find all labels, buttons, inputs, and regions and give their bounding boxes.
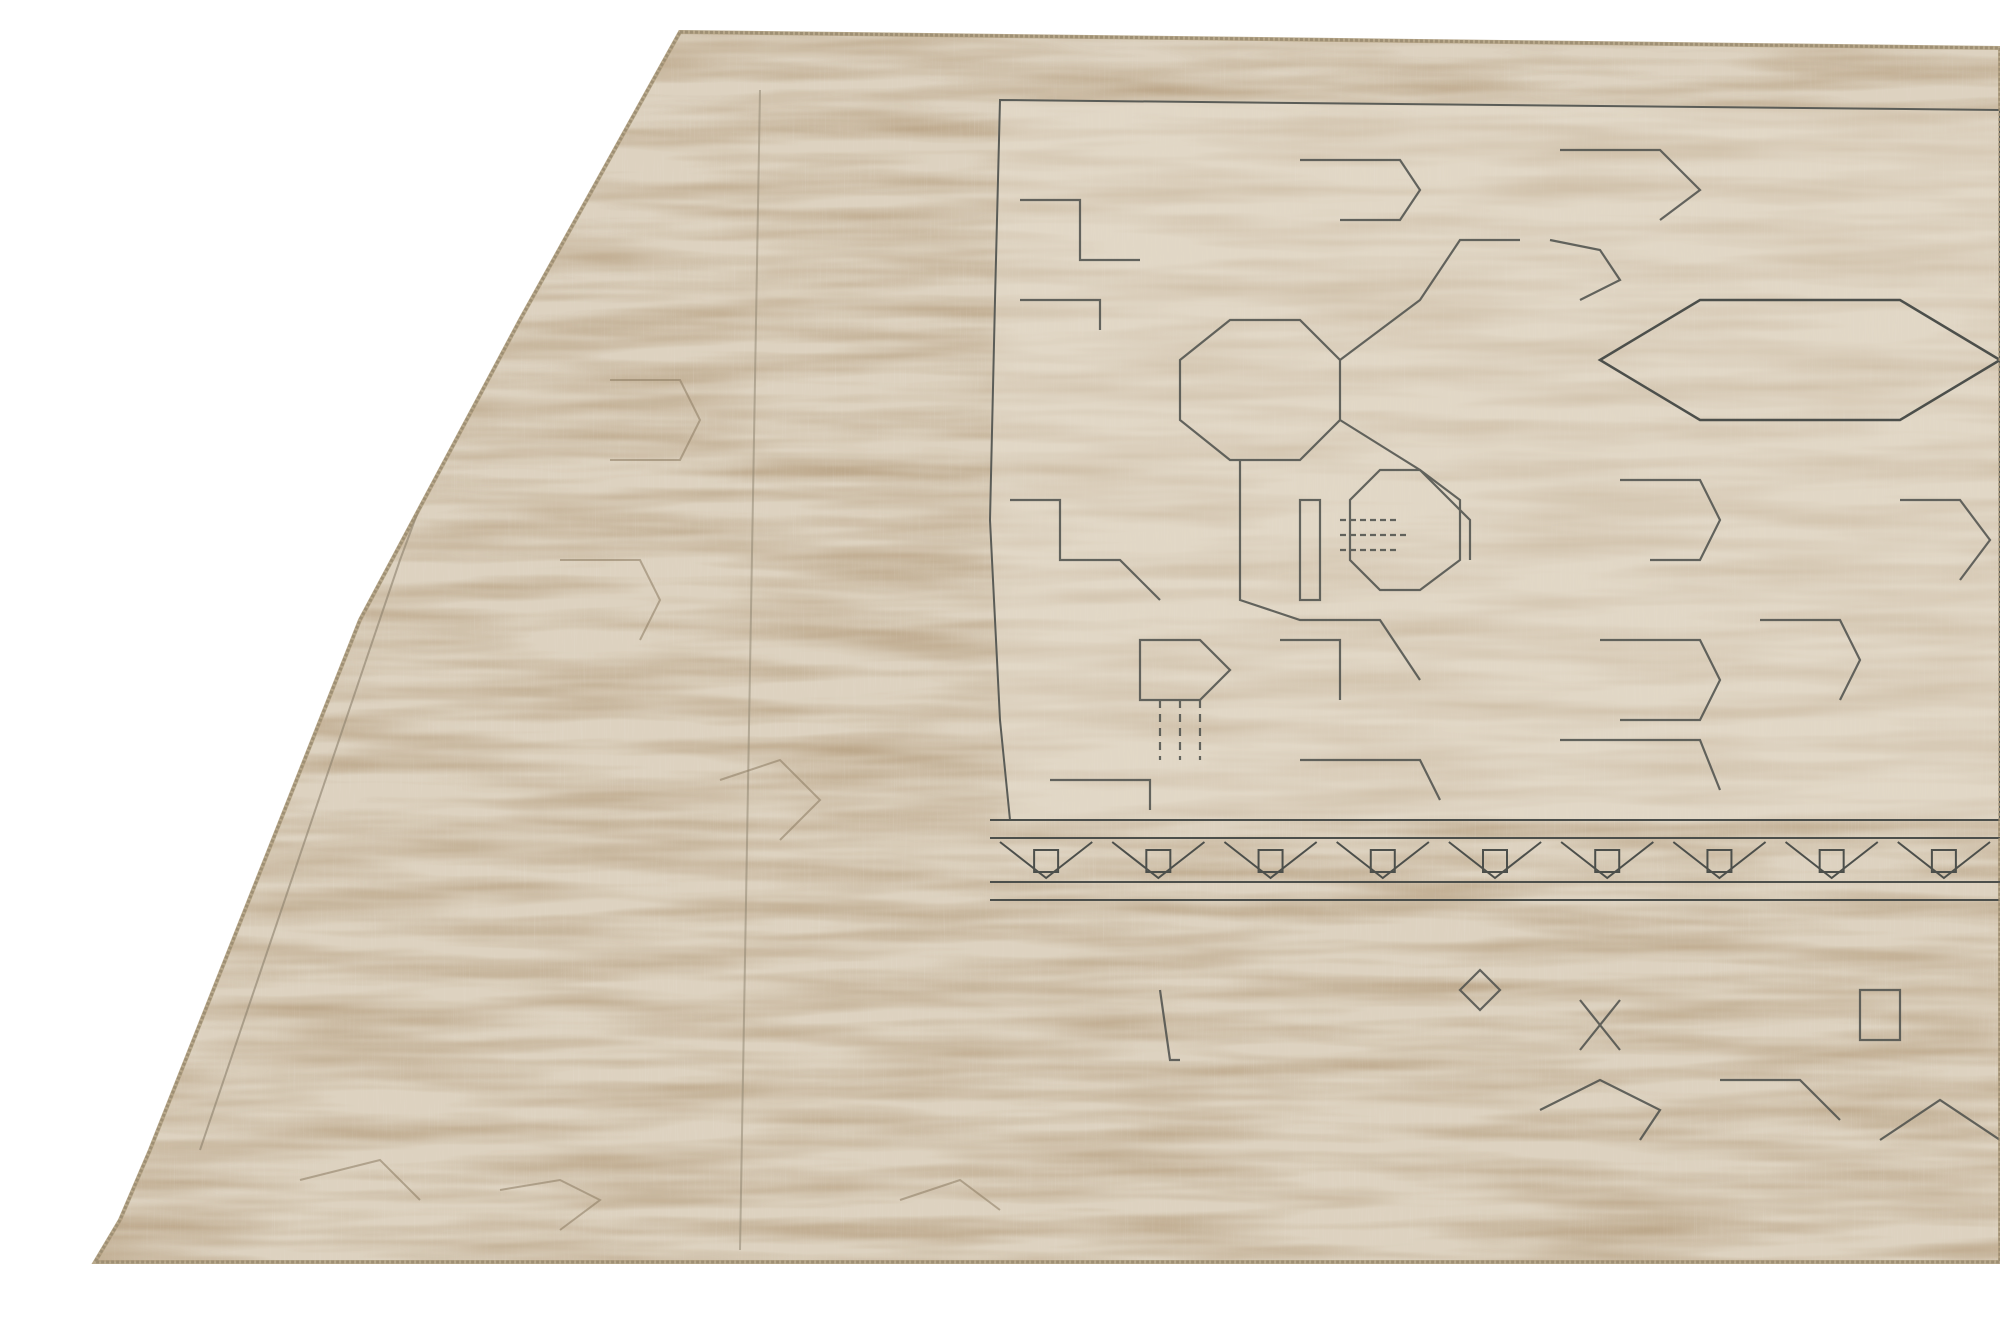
product-photo	[0, 0, 2000, 1335]
rug-illustration	[0, 0, 2000, 1335]
rug-field	[990, 100, 2000, 820]
rug	[0, 0, 2000, 1335]
